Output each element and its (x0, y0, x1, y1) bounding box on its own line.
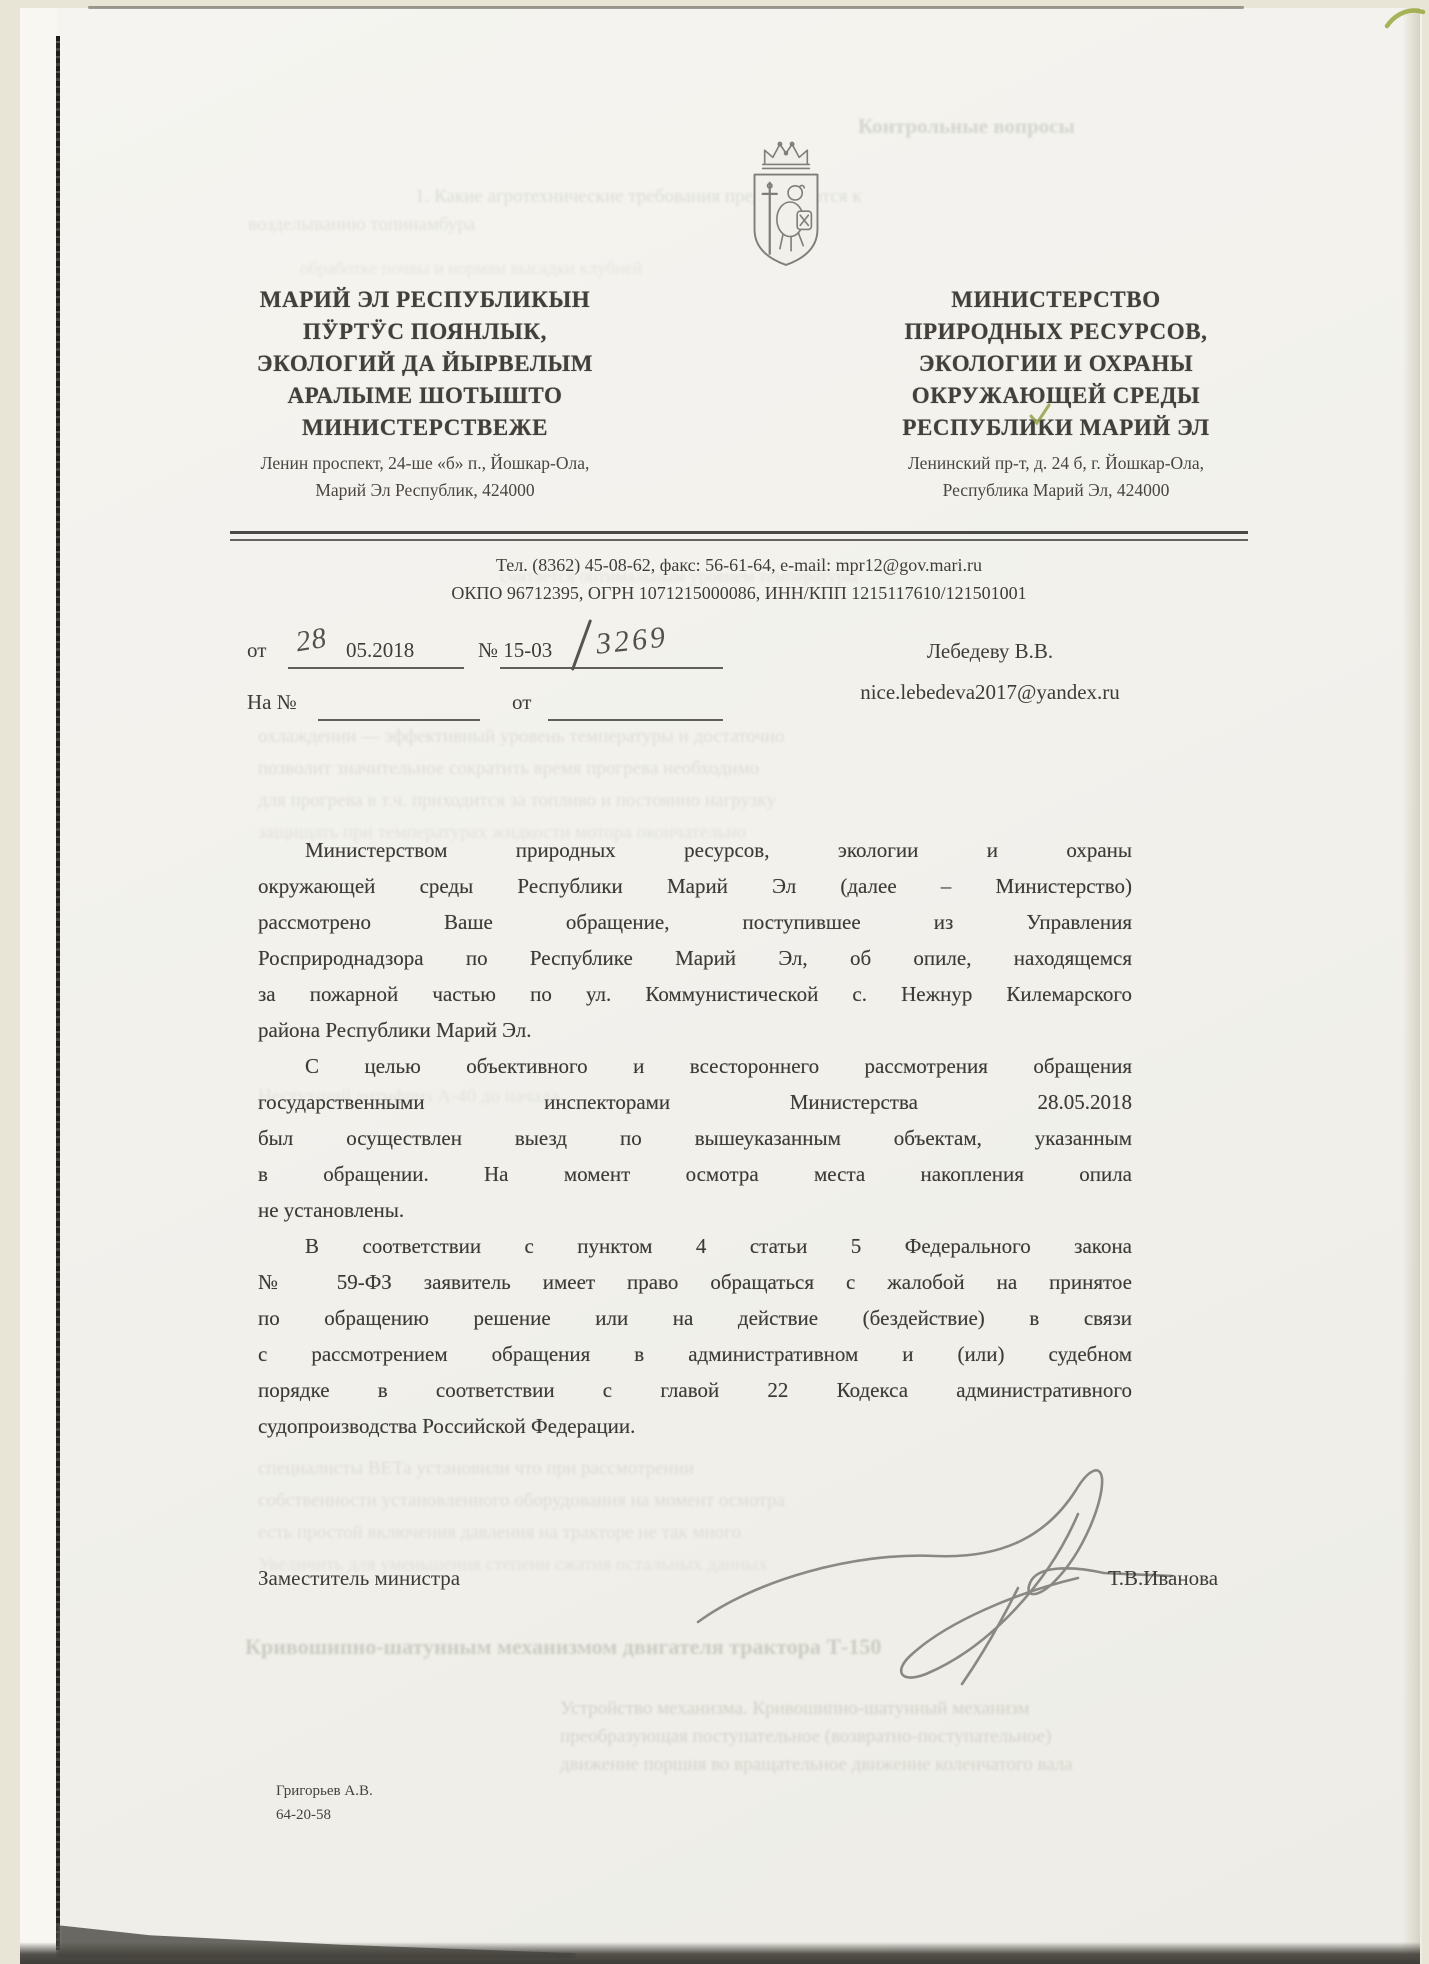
letterhead-line: ЭКОЛОГИЙ ДА ЙЫРВЕЛЫМ (232, 348, 618, 380)
reply-to-label: На № (247, 690, 297, 715)
letterhead-line: ПӰРТӰС ПОЯНЛЫК, (232, 316, 618, 348)
reply-date-underline (548, 692, 723, 721)
letterhead-left-title: МАРИЙ ЭЛ РЕСПУБЛИКЫНПӰРТӰС ПОЯНЛЫК,ЭКОЛО… (232, 284, 618, 444)
body-line: в обращении. На момент осмотра места нак… (258, 1156, 1132, 1192)
bleedthrough-text: специалисты ВЕТа установили что при расс… (258, 1458, 694, 1480)
body-line: Росприроднадзора по Республике Марий Эл,… (258, 940, 1132, 976)
addressee-block: Лебедеву В.В. nice.lebedeva2017@yandex.r… (838, 636, 1142, 707)
body-paragraph-1: Министерством природных ресурсов, эколог… (258, 832, 1132, 1048)
body-line: за пожарной частью по ул. Коммунистическ… (258, 976, 1132, 1012)
scan-artifact-fold-line (56, 36, 60, 1950)
letterhead-left-address: Ленин проспект, 24-ше «б» п., Йошкар-Ола… (232, 450, 618, 504)
handwritten-date: 28 (294, 622, 330, 659)
bleedthrough-text: Устройство механизма. Кривошипно-шатунны… (560, 1698, 1030, 1720)
letterhead-line: МАРИЙ ЭЛ РЕСПУБЛИКЫН (232, 284, 618, 316)
scan-artifact-top-edge (88, 6, 1244, 9)
letterhead-right-title: МИНИСТЕРСТВОПРИРОДНЫХ РЕСУРСОВ,ЭКОЛОГИИ … (860, 284, 1252, 444)
letter-body: Министерством природных ресурсов, эколог… (258, 832, 1132, 1444)
body-line: № 59-ФЗ заявитель имеет право обращаться… (258, 1264, 1132, 1300)
body-line: С целью объективного и всестороннего рас… (258, 1048, 1132, 1084)
letterhead-line: Ленин проспект, 24-ше «б» п., Йошкар-Ола… (232, 450, 618, 477)
bleedthrough-text: для прогрева в т.ч. приходится за топлив… (258, 790, 776, 812)
addressee-name: Лебедеву В.В. (838, 636, 1142, 666)
letterhead-line: ОКРУЖАЮЩЕЙ СРЕДЫ (860, 380, 1252, 412)
body-line: Министерством природных ресурсов, эколог… (258, 832, 1132, 868)
letterhead-line: Ленинский пр-т, д. 24 б, г. Йошкар-Ола, (860, 450, 1252, 477)
separator-line (230, 539, 1248, 541)
body-line: района Республики Марий Эл. (258, 1012, 1132, 1048)
executor-name: Григорьев А.В. (276, 1779, 373, 1803)
scan-artifact-left-strip (20, 8, 57, 1956)
letterhead-line: ЭКОЛОГИИ И ОХРАНЫ (860, 348, 1252, 380)
addressee-email: nice.lebedeva2017@yandex.ru (838, 677, 1142, 707)
reply-number-underline (318, 692, 480, 721)
contact-codes-line: ОКПО 96712395, ОГРН 1071215000086, ИНН/К… (230, 579, 1248, 607)
bleedthrough-text: позволит значительное сократить время пр… (258, 758, 759, 780)
bleedthrough-text: обработке почвы и нормам высадки клубней (300, 258, 642, 279)
signer-name: Т.В.Иванова (1108, 1566, 1218, 1591)
coat-of-arms-icon (740, 136, 832, 268)
separator-line (230, 531, 1248, 534)
body-line: В соответствии с пунктом 4 статьи 5 Феде… (258, 1228, 1132, 1264)
body-line: не установлены. (258, 1192, 1132, 1228)
signer-position: Заместитель министра (258, 1566, 460, 1591)
letterhead-line: ПРИРОДНЫХ РЕСУРСОВ, (860, 316, 1252, 348)
letterhead-line: Марий Эл Республик, 424000 (232, 477, 618, 504)
letterhead-line: МИНИСТЕРСТВО (860, 284, 1252, 316)
body-line: окружающей среды Республики Марий Эл (да… (258, 868, 1132, 904)
body-paragraph-3: В соответствии с пунктом 4 статьи 5 Феде… (258, 1228, 1132, 1444)
scanned-letter: Контрольные вопросы 1. Какие агротехниче… (0, 0, 1429, 1964)
contact-block: Тел. (8362) 45-08-62, факс: 56-61-64, e-… (230, 551, 1248, 607)
letterhead-right-address: Ленинский пр-т, д. 24 б, г. Йошкар-Ола,Р… (860, 450, 1252, 504)
body-line: порядке в соответствии с главой 22 Кодек… (258, 1372, 1132, 1408)
typed-date: 05.2018 (346, 638, 414, 663)
green-check-icon (1028, 400, 1052, 428)
date-from-label: от (247, 638, 266, 663)
bleedthrough-text: Контрольные вопросы (858, 114, 1075, 139)
letterhead-line: МИНИСТЕРСТВЕЖЕ (232, 412, 618, 444)
body-line: по обращению решение или на действие (бе… (258, 1300, 1132, 1336)
bleedthrough-text: возделыванию топинамбура (248, 214, 475, 236)
executor-block: Григорьев А.В. 64-20-58 (276, 1779, 373, 1827)
scan-artifact-bottom-band (20, 1942, 1420, 1964)
bleedthrough-text: движение поршня во вращательное движение… (560, 1754, 1073, 1776)
letterhead-line: РЕСПУБЛИКИ МАРИЙ ЭЛ (860, 412, 1252, 444)
bleedthrough-text: охлаждении — эффективный уровень темпера… (258, 726, 784, 748)
body-line: рассмотрено Ваше обращение, поступившее … (258, 904, 1132, 940)
contact-phone-line: Тел. (8362) 45-08-62, факс: 56-61-64, e-… (230, 551, 1248, 579)
body-paragraph-2: С целью объективного и всестороннего рас… (258, 1048, 1132, 1228)
green-pen-mark-icon (1383, 4, 1427, 32)
bleedthrough-text: есть простой включения давления на тракт… (258, 1522, 741, 1544)
reply-from-label: от (512, 690, 531, 715)
executor-phone: 64-20-58 (276, 1803, 373, 1827)
body-line: с рассмотрением обращения в администрати… (258, 1336, 1132, 1372)
body-line: судопроизводства Российской Федерации. (258, 1408, 1132, 1444)
letterhead-line: Республика Марий Эл, 424000 (860, 477, 1252, 504)
scan-artifact-right-shadow (1402, 8, 1420, 1956)
letterhead-line: АРАЛЫМЕ ШОТЫШТО (232, 380, 618, 412)
body-line: был осуществлен выезд по вышеуказанным о… (258, 1120, 1132, 1156)
body-line: государственными инспекторами Министерст… (258, 1084, 1132, 1120)
bleedthrough-text: преобразующая поступательное (возвратно-… (560, 1726, 1051, 1748)
